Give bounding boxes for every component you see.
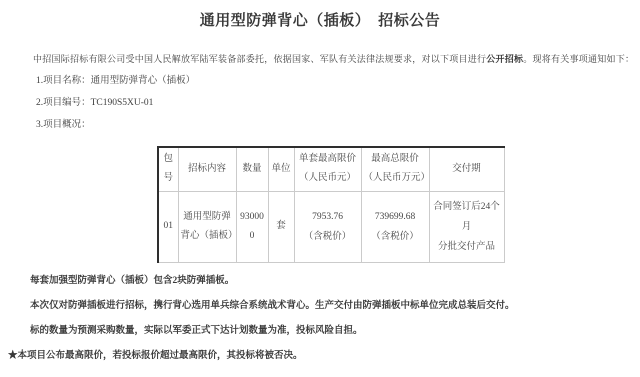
cell-total-price-value: 739699.68 bbox=[364, 207, 427, 227]
project-overview-line: 3.项目概况： bbox=[36, 119, 640, 132]
document-title: 通用型防弹背心（插板） 招标公告 bbox=[0, 0, 640, 31]
intro-text-prefix: 中招国际招标有限公司受中国人民解放军陆军装备部委托，依据国家、军队有关法律法规要… bbox=[33, 54, 486, 64]
col-header-unit-price-line1: 单套最高限价 bbox=[297, 150, 359, 169]
note-paragraph-1: 每套加强型防弹背心（插板）包含2块防弹插板。 bbox=[30, 275, 630, 288]
cell-delivery: 合同签订后24个月分批交付产品 bbox=[429, 191, 504, 262]
col-header-total-price-line2: （人民币万元） bbox=[364, 169, 427, 188]
col-header-unit-price: 单套最高限价（人民币元） bbox=[294, 147, 361, 191]
cell-total-price: 739699.68（含税价） bbox=[361, 191, 429, 262]
cell-unit-price-value: 7953.76 bbox=[297, 207, 359, 227]
cell-unit-price: 7953.76（含税价） bbox=[294, 191, 361, 262]
cell-unit-price-note: （含税价） bbox=[297, 227, 359, 247]
cell-content: 通用型防弹背心（插板） bbox=[178, 191, 236, 262]
note-paragraph-2: 本次仅对防弹插板进行招标，携行背心选用单兵综合系统战术背心。生产交付由防弹插板中… bbox=[30, 300, 630, 313]
project-overview-table: 包号 招标内容 数量 单位 单套最高限价（人民币元） 最高总限价（人民币万元） … bbox=[157, 146, 505, 263]
project-number-line: 2.项目编号：TC190S5XU-01 bbox=[36, 97, 640, 110]
table-header-row: 包号 招标内容 数量 单位 单套最高限价（人民币元） 最高总限价（人民币万元） … bbox=[158, 147, 504, 191]
col-header-total-price-line1: 最高总限价 bbox=[364, 150, 427, 169]
cell-delivery-line2: 分批交付产品 bbox=[432, 237, 502, 257]
note-paragraph-3: 标的数量为预测采购数量，实际以军委正式下达计划数量为准，投标风险自担。 bbox=[30, 325, 630, 338]
footnote-paragraph: ★本项目公布最高限价，若投标报价超过最高限价，其投标将被否决。 bbox=[8, 350, 630, 363]
col-header-content: 招标内容 bbox=[178, 147, 236, 191]
cell-delivery-line1: 合同签订后24个月 bbox=[432, 197, 502, 237]
col-header-delivery: 交付期 bbox=[429, 147, 504, 191]
tender-announcement-document: 通用型防弹背心（插板） 招标公告 中招国际招标有限公司受中国人民解放军陆军装备部… bbox=[0, 0, 640, 377]
cell-unit: 套 bbox=[268, 191, 294, 262]
col-header-package-no: 包号 bbox=[158, 147, 178, 191]
cell-total-price-note: （含税价） bbox=[364, 227, 427, 247]
intro-paragraph: 中招国际招标有限公司受中国人民解放军陆军装备部委托，依据国家、军队有关法律法规要… bbox=[33, 53, 638, 66]
col-header-total-price: 最高总限价（人民币万元） bbox=[361, 147, 429, 191]
col-header-quantity: 数量 bbox=[236, 147, 268, 191]
intro-text-suffix: 。现将有关事项通知如下： bbox=[523, 54, 634, 64]
col-header-unit-price-line2: （人民币元） bbox=[297, 169, 359, 188]
cell-quantity: 930000 bbox=[236, 191, 268, 262]
project-name-line: 1.项目名称：通用型防弹背心（插板） bbox=[36, 75, 640, 88]
cell-package-no: 01 bbox=[158, 191, 178, 262]
intro-bold-open-tender: 公开招标 bbox=[486, 54, 523, 64]
table-row: 01 通用型防弹背心（插板） 930000 套 7953.76（含税价） 739… bbox=[158, 191, 504, 262]
col-header-unit: 单位 bbox=[268, 147, 294, 191]
